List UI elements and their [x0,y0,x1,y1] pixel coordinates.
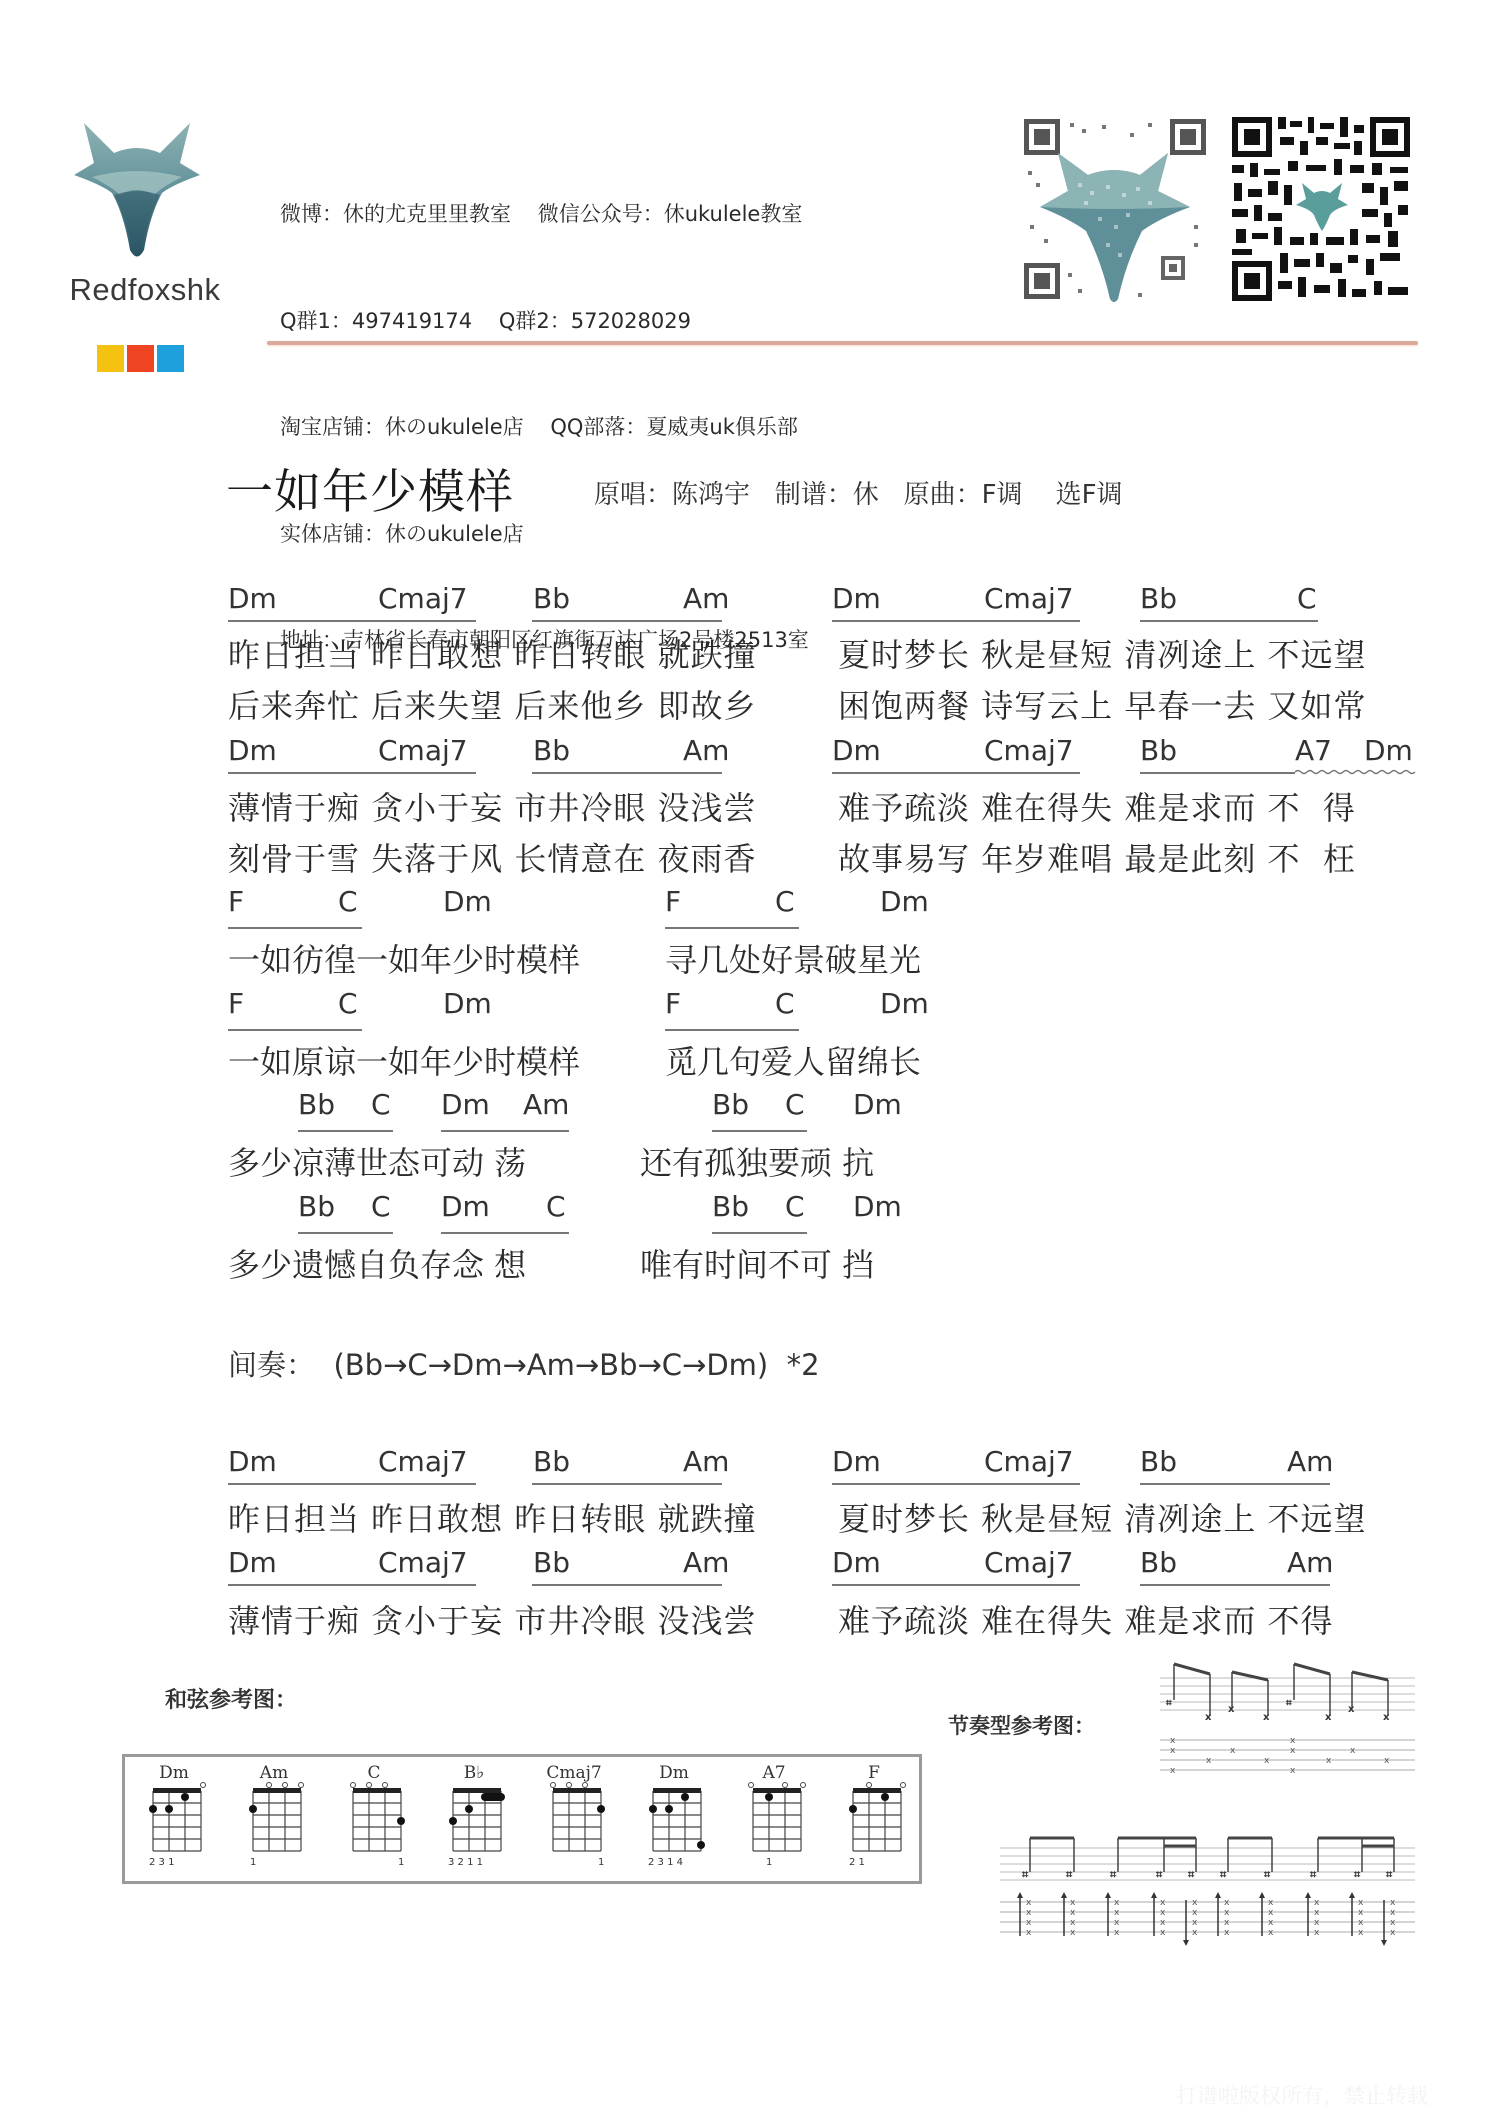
lyric-line: 寻几处好景破星光 [665,935,921,981]
chord: C [338,987,358,1020]
chord: F [665,987,681,1020]
svg-text:x: x [1383,1712,1390,1723]
chord-diagram-dm: Dm 2 3 1 [141,1757,221,1883]
chord-underline [832,1483,1080,1485]
svg-text:x: x [1290,1736,1296,1746]
svg-text:x: x [1358,1898,1364,1908]
svg-text:x: x [1170,1736,1176,1746]
chord-underline [832,772,1080,774]
svg-text:x: x [1160,1918,1166,1928]
rhythm-pattern-2-icon: ⌗⌗⌗⌗⌗ ⌗⌗⌗⌗⌗ xxxx xxxx xxxx xxxx xxxx xxx… [1000,1822,1415,1952]
chord-line: Dm Cmaj7 Bb Am [832,1546,1392,1586]
svg-text:x: x [1114,1918,1120,1928]
chord: Dm [832,1445,881,1478]
interlude-repeat: *2 [787,1348,820,1382]
chord-line: Bb C Dm [640,1190,940,1230]
contact-line: Q群1：497419174 Q群2：572028029 [280,304,809,340]
svg-text:x: x [1192,1908,1198,1918]
chord-underline [298,1232,393,1234]
svg-text:⌗: ⌗ [1165,1698,1172,1709]
header-divider [267,341,1418,345]
svg-text:x: x [1224,1908,1230,1918]
svg-text:x: x [1026,1908,1032,1918]
chord-line: Bb C Dm Am [228,1088,588,1128]
svg-text:x: x [1114,1908,1120,1918]
chord: Dm [441,1088,490,1121]
svg-text:x: x [1160,1908,1166,1918]
svg-text:x: x [1268,1928,1274,1938]
chord-underline [665,1029,799,1031]
chord-line: Dm Cmaj7 Bb Am [228,582,788,622]
chord: Dm [832,582,881,615]
svg-text:⌗: ⌗ [1187,1868,1195,1881]
fox-logo-icon [62,115,212,265]
svg-text:⌗: ⌗ [1219,1868,1227,1881]
chord: Dm [880,987,929,1020]
svg-text:x: x [1170,1766,1176,1776]
chord: Am [683,1546,729,1579]
chord: Cmaj7 [378,582,468,615]
svg-text:x: x [1390,1928,1396,1938]
chord-line: F C Dm [665,885,965,925]
svg-text:⌗: ⌗ [1155,1868,1163,1881]
svg-text:x: x [1114,1928,1120,1938]
chord-underline [532,1483,722,1485]
chord-line: Bb C Dm [640,1088,940,1128]
svg-text:x: x [1390,1918,1396,1928]
lyric-line: 刻骨于雪 失落于风 长情意在 夜雨香 [228,834,757,880]
chord: Dm [853,1088,902,1121]
chord: Bb [533,582,570,615]
chord: A7 [1295,734,1332,767]
chord-line: Dm Cmaj7 Bb Am [228,734,788,774]
svg-text:x: x [1390,1898,1396,1908]
chord: Bb [1140,1445,1177,1478]
lyric-line: 薄情于痴 贪小于妄 市井冷眼 没浅尝 [228,783,757,829]
lyric-line: 一如原谅一如年少时模样 [228,1037,580,1083]
svg-text:x: x [1268,1908,1274,1918]
chord-underline [298,1130,393,1132]
chord-underline [832,1584,1080,1586]
chord: Dm [228,1445,277,1478]
chord: C [371,1190,391,1223]
chord: Cmaj7 [984,1445,1074,1478]
chord: Bb [298,1190,335,1223]
svg-text:⌗: ⌗ [1309,1868,1317,1881]
lyric-line: 多少遗憾自负存念 想 [228,1240,526,1286]
chord: Bb [1140,1546,1177,1579]
svg-text:⌗: ⌗ [1109,1868,1117,1881]
chord: Bb [533,1445,570,1478]
watermark: 打谱啦版权所有，禁止转载 [1176,2080,1428,2110]
chord: Bb [1140,734,1177,767]
chord-diagram-cmaj7: Cmaj7 1 [541,1757,621,1883]
chord-grid-icon: 1 [541,1781,621,1881]
svg-text:x: x [1160,1898,1166,1908]
chord-underline [228,927,362,929]
svg-text:x: x [1026,1928,1032,1938]
svg-text:x: x [1350,1746,1356,1756]
chord-diagram-bb: B♭ 3 2 1 1 [441,1757,521,1883]
fox-qr-code-icon [1018,113,1210,305]
svg-text:x: x [1070,1898,1076,1908]
chord: C [775,987,795,1020]
lyric-line: 唯有时间不可 挡 [640,1240,874,1286]
chord-grid-icon: 1 [241,1781,321,1881]
lyric-line: 昨日担当 昨日敢想 昨日转眼 就跌撞 [228,630,757,676]
lyric-line: 难予疏淡 难在得失 难是求而 不 得 [838,783,1356,829]
chord-underline [228,1584,476,1586]
svg-text:x: x [1384,1756,1390,1766]
chord: F [228,885,244,918]
svg-text:x: x [1230,1746,1236,1756]
chord-underline [1140,620,1318,622]
lyric-line: 夏时梦长 秋是昼短 清冽途上 不远望 [838,1494,1367,1540]
lyric-line: 困饱两餐 诗写云上 早春一去 又如常 [838,681,1367,727]
svg-text:x: x [1224,1928,1230,1938]
lyric-line: 夏时梦长 秋是昼短 清冽途上 不远望 [838,630,1367,676]
chord-underline [441,1232,569,1234]
svg-text:2 3 1: 2 3 1 [149,1857,174,1868]
chord-grid-icon: 2 1 [841,1781,921,1881]
chord: C [1297,582,1317,615]
brand-square-blue [157,345,184,372]
svg-text:x: x [1192,1918,1198,1928]
svg-text:⌗: ⌗ [1065,1868,1073,1881]
chord-underline [532,1584,722,1586]
chord: Cmaj7 [378,1445,468,1478]
chord: Cmaj7 [378,1546,468,1579]
chord-underline [712,1232,807,1234]
chord: Bb [1140,582,1177,615]
chord-underline [532,620,722,622]
chord: C [546,1190,566,1223]
svg-text:x: x [1348,1704,1355,1715]
chord-underline [832,620,1080,622]
chord-line: F C Dm [228,885,588,925]
chord: Cmaj7 [984,582,1074,615]
svg-text:x: x [1228,1704,1235,1715]
chord-diagram-f: F 2 1 [841,1757,921,1883]
chord: Dm [443,885,492,918]
svg-text:⌗: ⌗ [1385,1868,1393,1881]
song-title: 一如年少模样 [226,455,514,522]
chord: C [785,1190,805,1223]
svg-text:x: x [1390,1908,1396,1918]
chord: C [785,1088,805,1121]
chord-line: Dm Cmaj7 Bb Am [832,1445,1392,1485]
svg-text:x: x [1263,1712,1270,1723]
chord-diagram-panel: Dm 2 3 1 Am 1 C 1 [122,1754,922,1884]
svg-text:x: x [1206,1756,1212,1766]
svg-text:2 1: 2 1 [849,1857,865,1868]
chord: Dm [228,734,277,767]
interlude: 间奏： (Bb→C→Dm→Am→Bb→C→Dm) *2 [228,1343,820,1384]
lyric-line: 还有孤独要顽 抗 [640,1138,874,1184]
lyric-line: 难予疏淡 难在得失 难是求而 不得 [838,1596,1334,1642]
rhythm-pattern-1-icon: ⌗xxx ⌗xxx xxx xxx xxx xxx [1160,1658,1415,1783]
chord-underline [532,772,722,774]
svg-text:x: x [1170,1746,1176,1756]
svg-text:x: x [1358,1928,1364,1938]
chord-grid-icon: 3 2 1 1 [441,1781,521,1881]
brand-square-yellow [97,345,124,372]
chord: Cmaj7 [984,734,1074,767]
svg-text:x: x [1326,1756,1332,1766]
chord-grid-icon: 1 [341,1781,421,1881]
chord: Dm [853,1190,902,1223]
svg-text:x: x [1114,1898,1120,1908]
svg-text:x: x [1314,1908,1320,1918]
chord: C [338,885,358,918]
chord-underline [228,772,476,774]
chord-underline [441,1130,569,1132]
chord: Am [1287,1546,1333,1579]
svg-text:1: 1 [398,1857,404,1868]
svg-text:x: x [1314,1918,1320,1928]
svg-text:x: x [1314,1928,1320,1938]
lyric-line: 后来奔忙 后来失望 后来他乡 即故乡 [228,681,757,727]
chord-underline [1140,1483,1330,1485]
lyric-line: 多少凉薄世态可动 荡 [228,1138,526,1184]
chord: Dm [1364,734,1413,767]
lyric-line: 一如彷徨一如年少时模样 [228,935,580,981]
chord-underline [228,1029,362,1031]
chord: Am [523,1088,569,1121]
chord: Dm [832,734,881,767]
svg-text:x: x [1192,1928,1198,1938]
chord-diagram-a7: A7 1 [741,1757,821,1883]
chord: Am [1287,1445,1333,1478]
chord-line: F C Dm [665,987,965,1027]
svg-text:⌗: ⌗ [1263,1868,1271,1881]
chord: Bb [712,1190,749,1223]
wechat-qr-code-icon [1230,113,1412,305]
svg-text:1: 1 [766,1857,772,1868]
svg-text:x: x [1314,1898,1320,1908]
chord-line: Dm Cmaj7 Bb A7 Dm [832,734,1422,774]
tie-wavy-line [1295,769,1417,775]
svg-text:x: x [1358,1918,1364,1928]
lyric-line: 薄情于痴 贪小于妄 市井冷眼 没浅尝 [228,1596,757,1642]
chord: Dm [880,885,929,918]
brand-name: Redfoxshk [60,272,230,308]
chord: Cmaj7 [378,734,468,767]
chord: Dm [441,1190,490,1223]
svg-text:x: x [1070,1928,1076,1938]
chord: F [665,885,681,918]
svg-text:x: x [1290,1766,1296,1776]
lyric-line: 故事易写 年岁难唱 最是此刻 不 枉 [838,834,1356,880]
chord-underline [1140,1584,1330,1586]
chord: Dm [228,582,277,615]
svg-text:x: x [1268,1898,1274,1908]
chord-underline [665,927,799,929]
chord: Bb [298,1088,335,1121]
chord-line: Dm Cmaj7 Bb C [832,582,1412,622]
chord-line: Bb C Dm C [228,1190,588,1230]
song-meta: 原唱：陈鸿宇 制谱：休 原曲：F调 选F调 [594,474,1123,511]
svg-text:x: x [1325,1712,1332,1723]
chord-line: Dm Cmaj7 Bb Am [228,1546,788,1586]
svg-text:x: x [1290,1746,1296,1756]
svg-text:x: x [1160,1928,1166,1938]
chord-diagram-c: C 1 [341,1757,421,1883]
svg-text:x: x [1026,1898,1032,1908]
svg-text:1: 1 [250,1857,256,1868]
svg-text:x: x [1070,1908,1076,1918]
chord-diagram-am: Am 1 [241,1757,321,1883]
svg-text:x: x [1268,1918,1274,1928]
chord-reference-label: 和弦参考图： [165,1683,297,1714]
chord-grid-icon: 2 3 1 4 [641,1781,721,1881]
svg-text:x: x [1070,1918,1076,1928]
svg-text:x: x [1224,1918,1230,1928]
chord: Cmaj7 [984,1546,1074,1579]
chord: Am [683,734,729,767]
chord: Bb [533,734,570,767]
brand-square-red [127,345,154,372]
chord-grid-icon: 1 [741,1781,821,1881]
chord: Bb [712,1088,749,1121]
lyric-line: 昨日担当 昨日敢想 昨日转眼 就跌撞 [228,1494,757,1540]
svg-text:x: x [1358,1908,1364,1918]
contact-line: 微博：休的尤克里里教室 微信公众号：休ukulele教室 [280,197,809,233]
interlude-progression: (Bb→C→Dm→Am→Bb→C→Dm) [333,1348,768,1382]
chord: C [775,885,795,918]
chord-underline [228,1483,476,1485]
lyric-line: 觅几句爱人留绵长 [665,1037,921,1083]
interlude-label: 间奏： [228,1348,315,1382]
svg-text:⌗: ⌗ [1285,1698,1292,1709]
svg-text:⌗: ⌗ [1021,1868,1029,1881]
chord-grid-icon: 2 3 1 [141,1781,221,1881]
svg-text:⌗: ⌗ [1353,1868,1361,1881]
chord: Dm [228,1546,277,1579]
chord-underline [228,620,476,622]
chord: Am [683,1445,729,1478]
chord-underline [712,1130,807,1132]
svg-text:x: x [1264,1756,1270,1766]
svg-text:x: x [1205,1712,1212,1723]
svg-text:x: x [1026,1918,1032,1928]
svg-text:1: 1 [598,1857,604,1868]
chord-underline [1140,772,1295,774]
chord: Bb [533,1546,570,1579]
chord-diagram-dm-alt: Dm 2 3 1 4 [641,1757,721,1883]
chord: Am [683,582,729,615]
chord: Dm [832,1546,881,1579]
svg-text:x: x [1224,1898,1230,1908]
chord: F [228,987,244,1020]
chord-line: F C Dm [228,987,588,1027]
chord-line: Dm Cmaj7 Bb Am [228,1445,788,1485]
contact-line: 淘宝店铺：休のukulele店 QQ部落：夏威夷uk俱乐部 [280,410,809,446]
svg-text:2 3 1 4: 2 3 1 4 [648,1857,683,1868]
chord: C [371,1088,391,1121]
svg-text:x: x [1192,1898,1198,1908]
svg-text:3 2 1 1: 3 2 1 1 [448,1857,483,1868]
rhythm-reference-label: 节奏型参考图： [948,1710,1095,1740]
chord: Dm [443,987,492,1020]
